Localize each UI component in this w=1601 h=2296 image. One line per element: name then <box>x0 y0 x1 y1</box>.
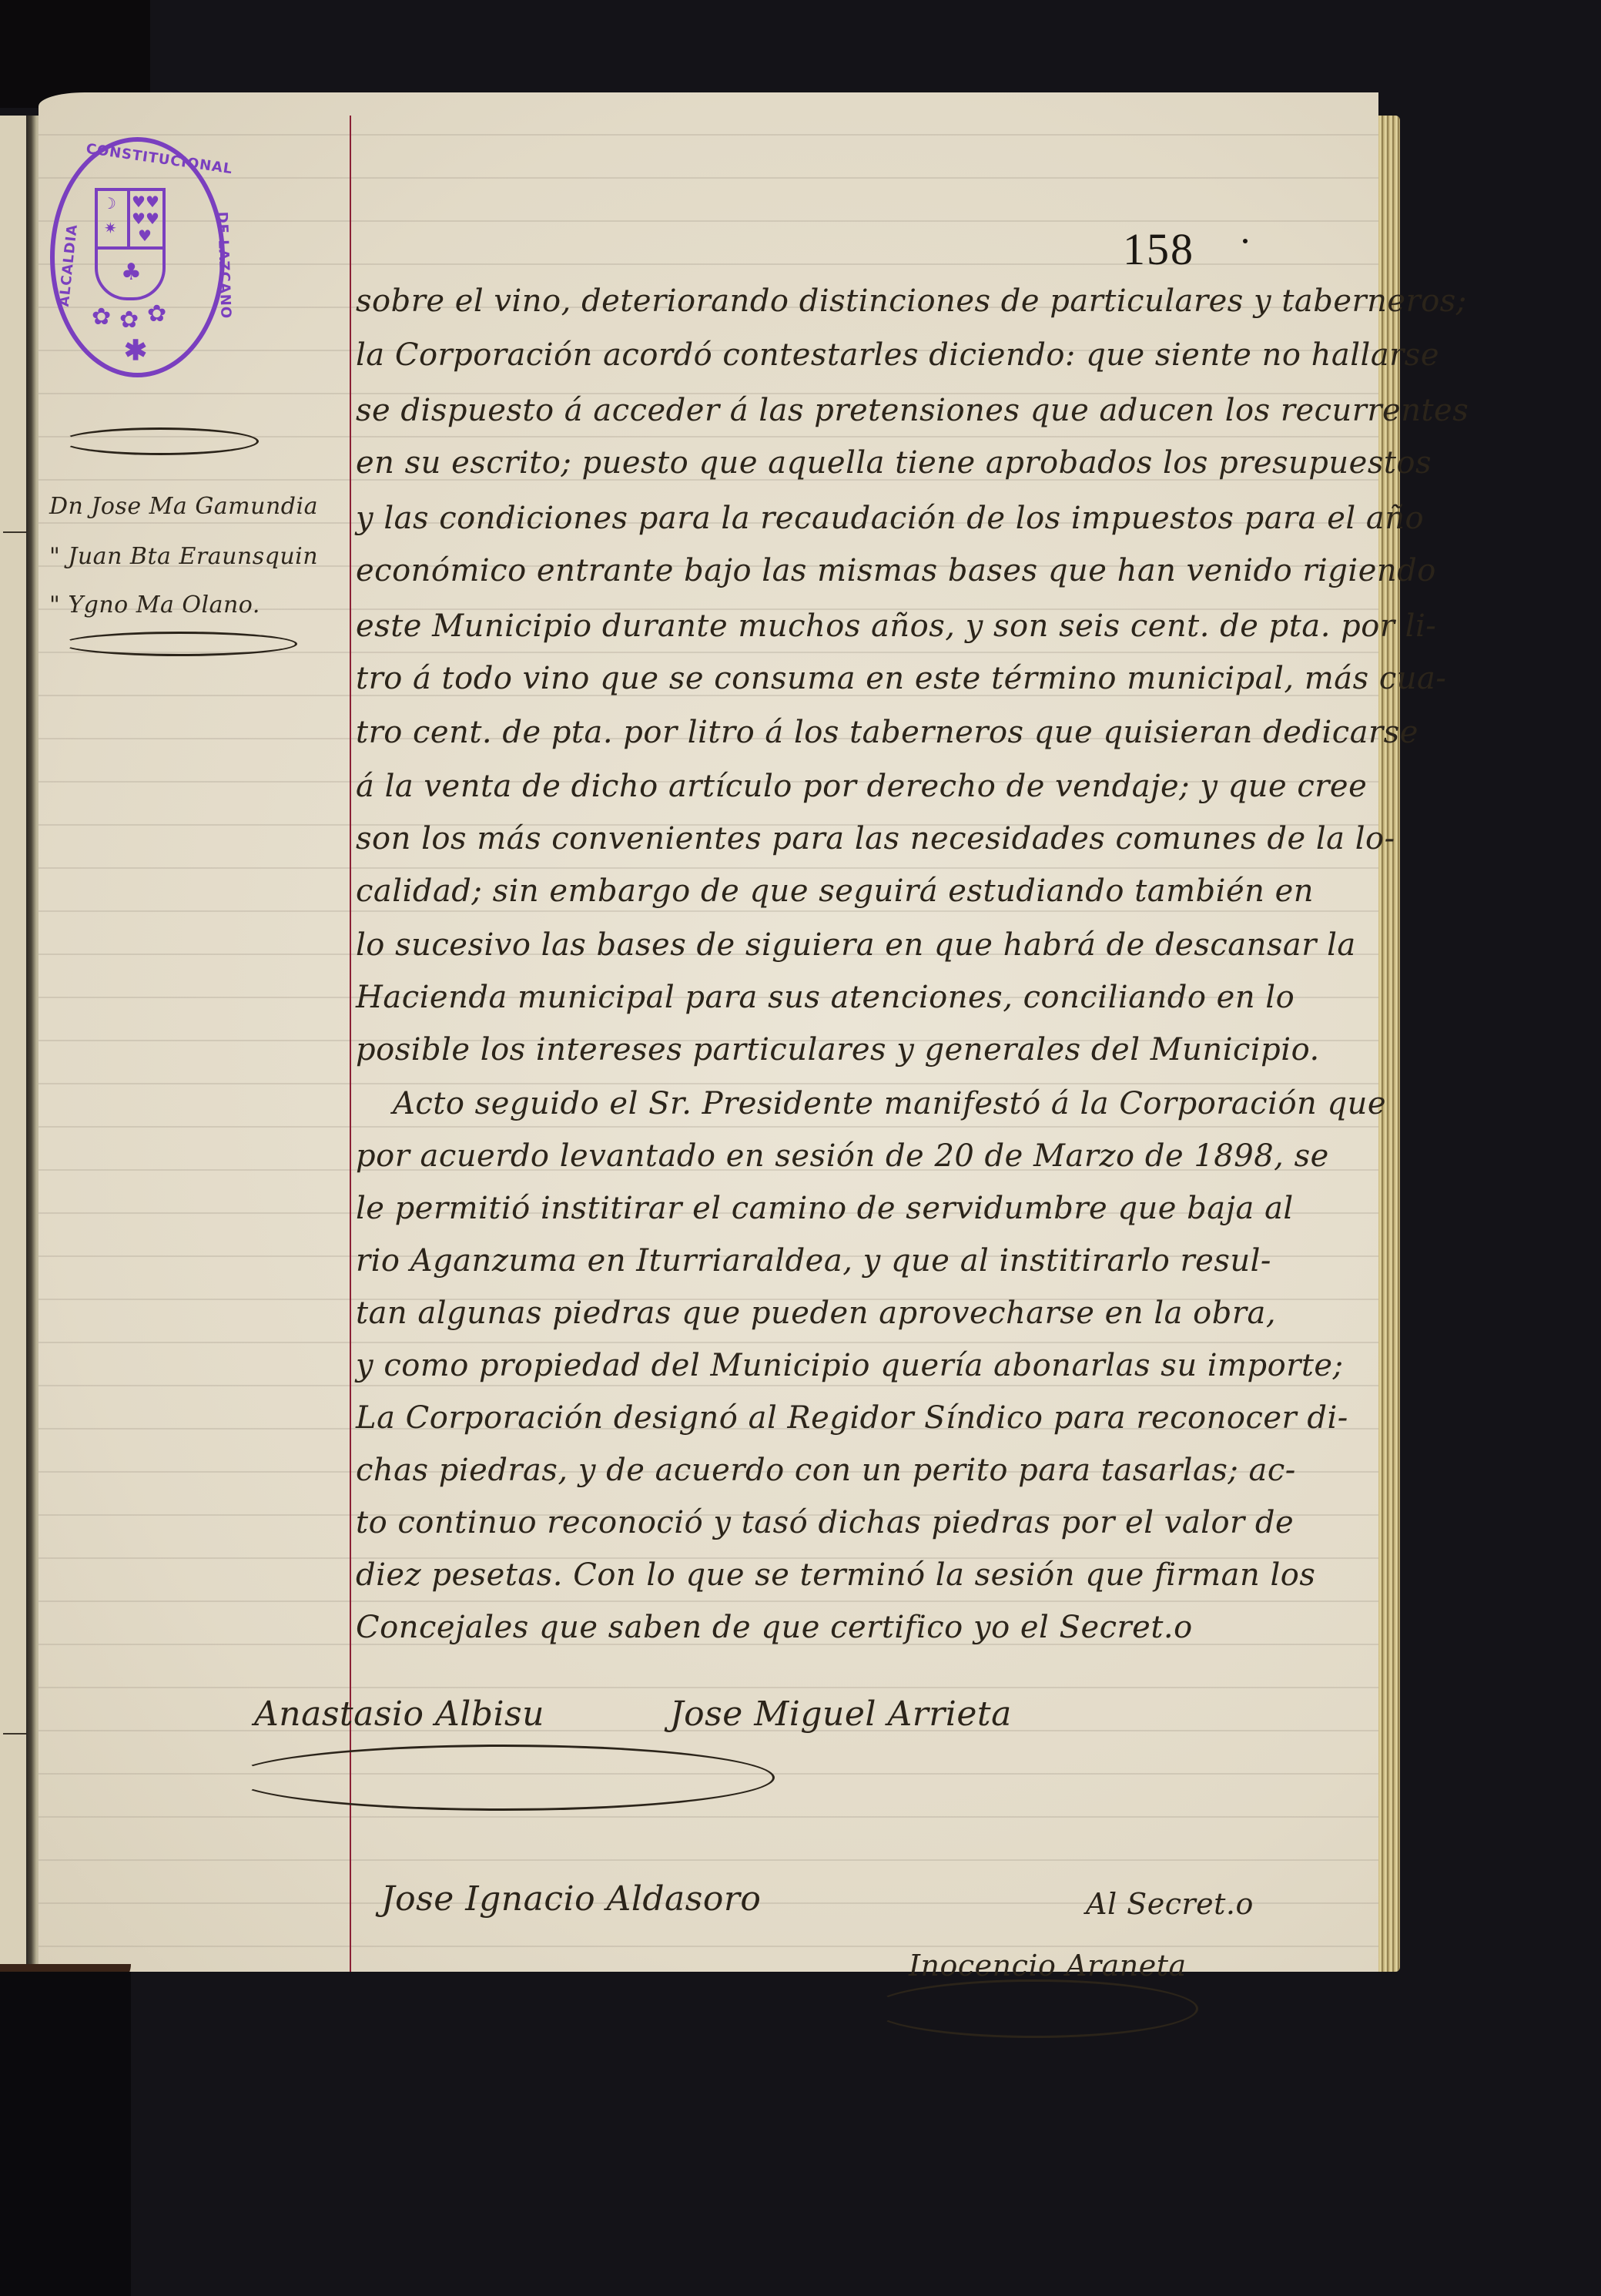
signature: Anastasio Albisu <box>254 1694 544 1734</box>
manuscript-line: tan algunas piedras que pueden aprovecha… <box>356 1295 1276 1331</box>
scan-background-corner <box>0 1972 131 2296</box>
tree-icon: ♣ <box>121 259 142 286</box>
manuscript-line: económico entrante bajo las mismas bases… <box>356 553 1436 588</box>
scan-background-corner <box>0 0 150 108</box>
flower-icon: ✿ <box>147 300 166 327</box>
manuscript-line: se dispuesto á acceder á las pretensione… <box>356 393 1469 428</box>
manuscript-line: en su escrito; puesto que aquella tiene … <box>356 445 1432 481</box>
manuscript-line: diez pesetas. Con lo que se terminó la s… <box>356 1557 1315 1593</box>
heart-icon: ♥ <box>146 209 159 228</box>
manuscript-line: por acuerdo levantado en sesión de 20 de… <box>356 1138 1329 1174</box>
signature: Inocencio Araneta <box>909 1949 1187 1983</box>
folio-dot <box>1243 239 1248 243</box>
manuscript-line: le permitió institirar el camino de serv… <box>356 1191 1294 1226</box>
stamp-text-left: ALCALDIA <box>56 223 81 307</box>
folio-number: 158 <box>1123 223 1194 275</box>
manuscript-line: y las condiciones para la recaudación de… <box>356 501 1424 536</box>
manuscript-line: son los más convenientes para las necesi… <box>356 821 1395 856</box>
heart-icon: ♥ <box>146 193 159 211</box>
star-icon: ✷ <box>104 219 117 237</box>
flower-icon: ✿ <box>119 307 139 334</box>
signature: Jose Ignacio Aldasoro <box>381 1879 761 1919</box>
manuscript-line: la Corporación acordó contestarles dicie… <box>356 337 1439 373</box>
manuscript-line: Acto seguido el Sr. Presidente manifestó… <box>393 1086 1386 1121</box>
municipal-seal-stamp: CONSTITUCIONAL ALCALDIA DE LAZCANO ☽ ✷ ♥… <box>50 137 225 377</box>
manuscript-line: lo sucesivo las bases de siguiera en que… <box>356 927 1356 963</box>
manuscript-line: to continuo reconoció y tasó dichas pied… <box>356 1505 1294 1540</box>
signature-flourish <box>231 1745 775 1811</box>
flourish-ornament <box>62 427 259 455</box>
signature: Jose Miguel Arrieta <box>670 1694 1012 1734</box>
manuscript-line: este Municipio durante muchos años, y so… <box>356 608 1436 644</box>
heart-icon: ♥ <box>132 193 146 211</box>
signature-flourish <box>870 1979 1198 2038</box>
heart-icon: ♥ <box>132 209 146 228</box>
margin-name: Dn Jose Ma Gamundia <box>49 493 318 520</box>
margin-name: " Juan Bta Eraunsquin <box>49 543 318 570</box>
ink-fragment <box>3 531 26 533</box>
manuscript-line: tro á todo vino que se consuma en este t… <box>356 661 1446 696</box>
manuscript-line: y como propiedad del Municipio quería ab… <box>356 1348 1344 1383</box>
manuscript-line: Concejales que saben de que certifico yo… <box>356 1610 1193 1645</box>
coat-of-arms-shield-icon: ☽ ✷ ♥ ♥ ♥ ♥ ♥ ♣ <box>95 188 166 300</box>
heart-icon: ♥ <box>138 226 152 245</box>
manuscript-line: chas piedras, y de acuerdo con un perito… <box>356 1453 1296 1488</box>
manuscript-line: La Corporación designó al Regidor Síndic… <box>356 1400 1348 1436</box>
manuscript-line: á la venta de dicho artículo por derecho… <box>356 769 1367 804</box>
manuscript-line: rio Aganzuma en Iturriaraldea, y que al … <box>356 1243 1271 1279</box>
signature: Al Secret.o <box>1086 1887 1254 1921</box>
margin-name: " Ygno Ma Olano. <box>49 592 260 618</box>
red-margin-rule <box>350 116 351 1972</box>
flourish-ornament <box>62 632 297 656</box>
manuscript-line: posible los intereses particulares y gen… <box>356 1032 1320 1068</box>
crescent-icon: ☽ <box>102 194 116 213</box>
manuscript-line: calidad; sin embargo de que seguirá estu… <box>356 873 1314 909</box>
flower-icon: ✿ <box>92 303 111 330</box>
ink-fragment <box>3 1733 26 1735</box>
manuscript-line: sobre el vino, deteriorando distinciones… <box>356 283 1467 319</box>
asterisk-icon: ✱ <box>124 334 147 367</box>
manuscript-line: tro cent. de pta. por litro á los tabern… <box>356 715 1418 750</box>
manuscript-line: Hacienda municipal para sus atenciones, … <box>356 980 1295 1015</box>
